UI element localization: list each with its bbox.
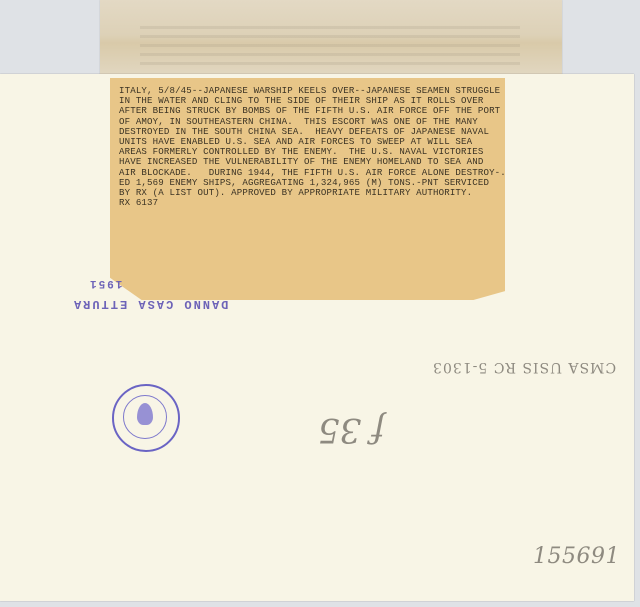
- caption-text: ITALY, 5/8/45--JAPANESE WARSHIP KEELS OV…: [119, 86, 504, 208]
- caption-label: ITALY, 5/8/45--JAPANESE WARSHIP KEELS OV…: [110, 78, 505, 300]
- caption-line: BY RX (A LIST OUT). APPROVED BY APPROPRI…: [119, 187, 472, 198]
- back-paper-strip: [100, 0, 562, 78]
- pencil-reference: CMSA USIS RC 5-1303: [432, 359, 616, 375]
- bleed-through-text: [140, 26, 520, 66]
- pencil-inventory-number: 155691: [533, 544, 620, 569]
- stamp-year: 1951: [88, 277, 122, 289]
- seal-stamp-icon: [112, 384, 180, 452]
- photo-card-back: ITALY, 5/8/45--JAPANESE WARSHIP KEELS OV…: [0, 74, 634, 601]
- pencil-initial: f 35: [318, 410, 385, 450]
- emblem-icon: [137, 403, 153, 425]
- caption-line: RX 6137: [119, 197, 158, 208]
- stamp-archive-text: DANNO CASA ETTURA: [72, 297, 228, 311]
